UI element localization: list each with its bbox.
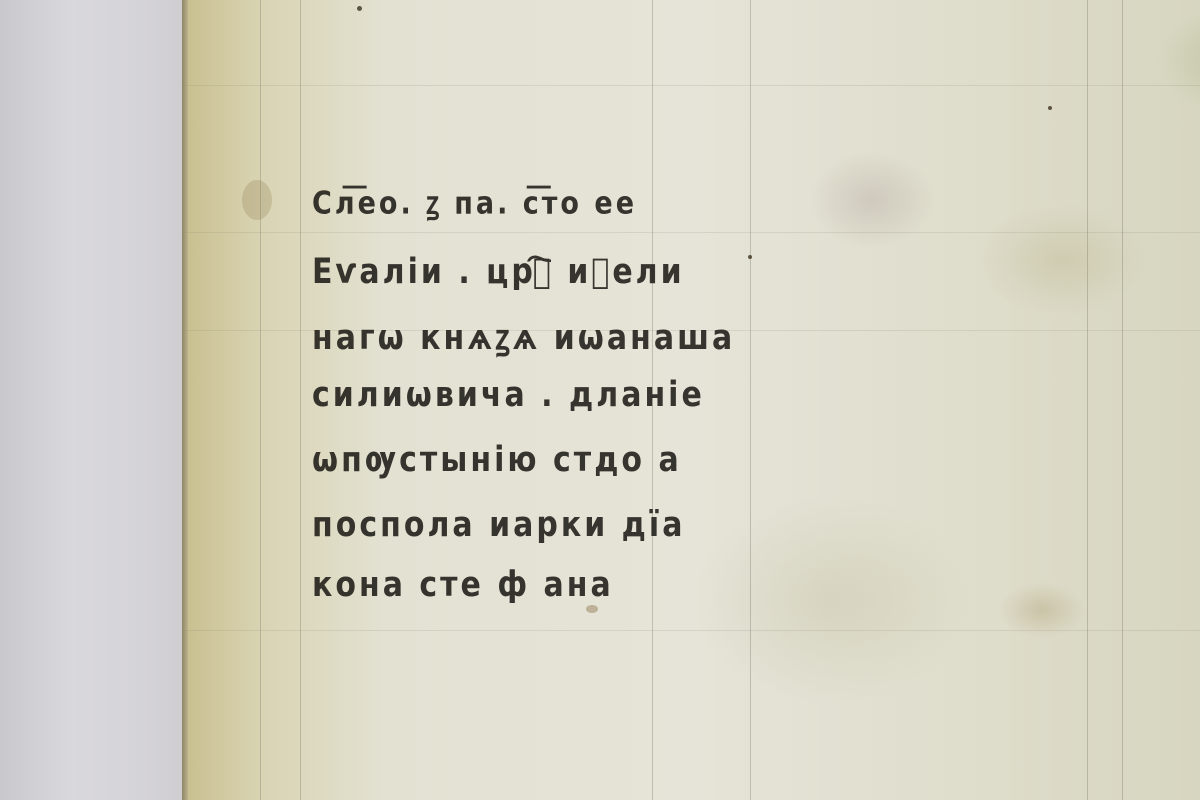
inscription-line: кона сте ф ана [312, 565, 614, 605]
page-edge [182, 0, 188, 800]
inscription-line: силиѡвича . дланіе [312, 375, 705, 415]
inscription-line: Сл͞ео. ꙁ па. с͞то ее [312, 180, 637, 223]
inscription-line: нагѡ кнѧꙁѧ иѡанаша [312, 312, 735, 359]
ruling-line [182, 85, 1200, 86]
ruling-line [750, 0, 751, 800]
ruling-line [260, 0, 261, 800]
ink-spot [1048, 106, 1052, 110]
adjacent-leaf [0, 0, 182, 800]
inscription-line: поспола иарки дїа [312, 505, 685, 545]
inscription-line: ѡпѹстынію стдо а [312, 440, 682, 480]
ruling-line [182, 232, 1200, 233]
stain-spot [242, 180, 272, 220]
ruling-line [182, 630, 1200, 631]
ruling-line [300, 0, 301, 800]
stain-spot [586, 605, 598, 613]
ruling-line [1122, 0, 1123, 800]
ink-spot [748, 255, 752, 259]
inscription-line: Еѵаліи . црⷭ҇ иꙋели [312, 252, 685, 292]
ruling-line [1087, 0, 1088, 800]
ink-spot [357, 6, 362, 11]
